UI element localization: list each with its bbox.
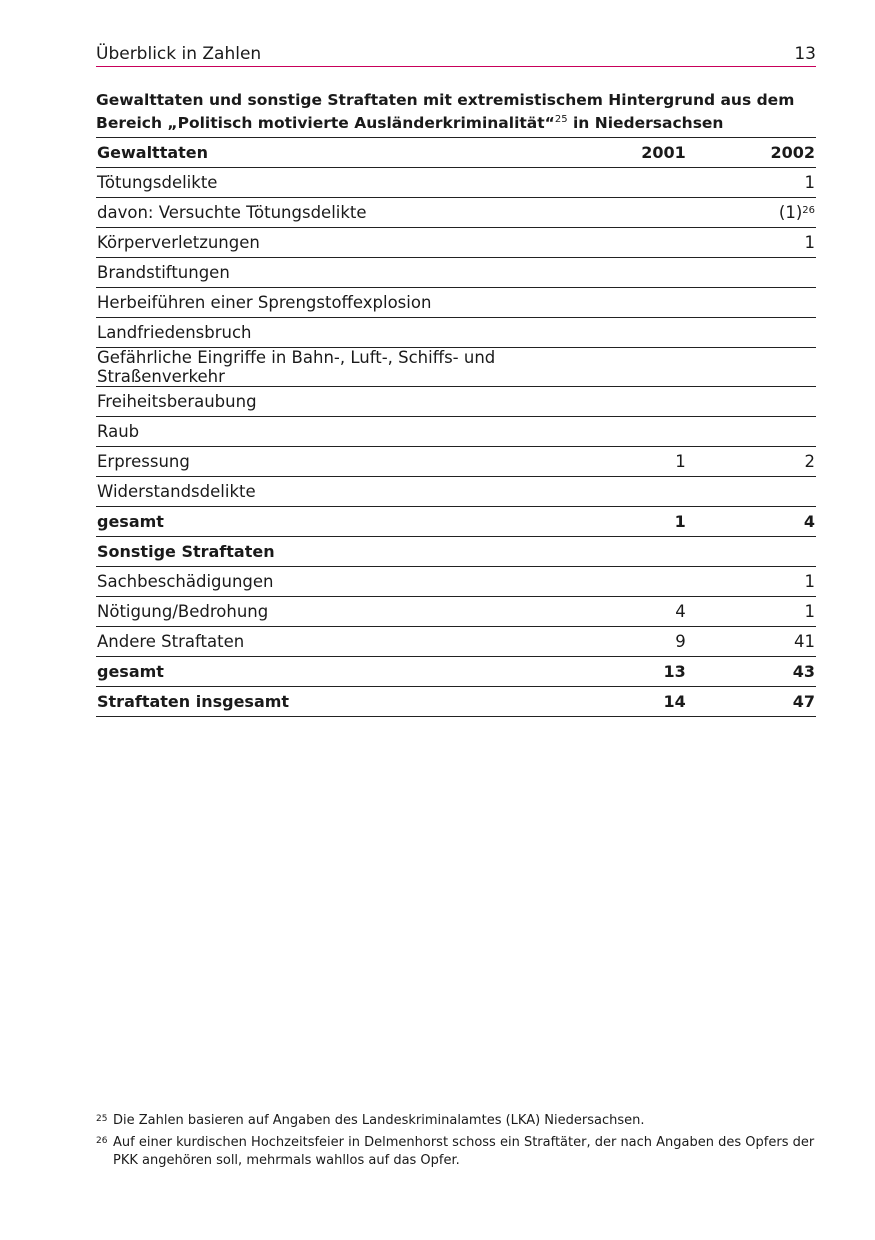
row-label: Landfriedensbruch bbox=[96, 318, 625, 348]
table-row: Tötungsdelikte1 bbox=[96, 168, 816, 198]
row-label: Raub bbox=[96, 417, 625, 447]
value-2002 bbox=[687, 477, 816, 507]
table-row: Herbeiführen einer Sprengstoffexplosion bbox=[96, 288, 816, 318]
table-row: Straftaten insgesamt1447 bbox=[96, 687, 816, 717]
table-row: gesamt14 bbox=[96, 507, 816, 537]
row-label: gesamt bbox=[96, 657, 625, 687]
header-category: Gewalttaten bbox=[96, 138, 625, 168]
running-title: Überblick in Zahlen bbox=[96, 44, 261, 64]
row-label: Freiheitsberaubung bbox=[96, 387, 625, 417]
table-row: Andere Straftaten941 bbox=[96, 627, 816, 657]
row-label: Gefährliche Eingriffe in Bahn-, Luft-, S… bbox=[96, 348, 625, 387]
value-2002 bbox=[687, 288, 816, 318]
value-2001 bbox=[625, 288, 687, 318]
row-label: davon: Versuchte Tötungsdelikte bbox=[96, 198, 625, 228]
statistics-table: Gewalttaten 2001 2002 Tötungsdelikte1dav… bbox=[96, 137, 816, 717]
value-2001 bbox=[625, 387, 687, 417]
value-2002: 43 bbox=[687, 657, 816, 687]
value-2001 bbox=[625, 258, 687, 288]
table-body: Tötungsdelikte1davon: Versuchte Tötungsd… bbox=[96, 168, 816, 717]
value-2001: 13 bbox=[625, 657, 687, 687]
value-2001 bbox=[625, 228, 687, 258]
value-2002 bbox=[687, 417, 816, 447]
row-label: Straftaten insgesamt bbox=[96, 687, 625, 717]
footnote: 25Die Zahlen basieren auf Angaben des La… bbox=[96, 1112, 816, 1130]
footnote: 26Auf einer kurdischen Hochzeitsfeier in… bbox=[96, 1134, 816, 1170]
row-label: Tötungsdelikte bbox=[96, 168, 625, 198]
value-2002 bbox=[687, 387, 816, 417]
table-row: Widerstandsdelikte bbox=[96, 477, 816, 507]
table-row: Gefährliche Eingriffe in Bahn-, Luft-, S… bbox=[96, 348, 816, 387]
value-2001 bbox=[625, 537, 687, 567]
footnote-ref: 25 bbox=[555, 114, 568, 125]
table-caption: Gewalttaten und sonstige Straftaten mit … bbox=[96, 89, 816, 135]
caption-text-end: in Niedersachsen bbox=[568, 114, 724, 132]
value-2002 bbox=[687, 318, 816, 348]
table-row: Freiheitsberaubung bbox=[96, 387, 816, 417]
table-row: Brandstiftungen bbox=[96, 258, 816, 288]
row-label: Körperverletzungen bbox=[96, 228, 625, 258]
value-2001: 14 bbox=[625, 687, 687, 717]
table-row: Nötigung/Bedrohung41 bbox=[96, 597, 816, 627]
value-2002: 1 bbox=[687, 168, 816, 198]
value-2001 bbox=[625, 477, 687, 507]
row-label: gesamt bbox=[96, 507, 625, 537]
value-2002 bbox=[687, 537, 816, 567]
table-row: Erpressung12 bbox=[96, 447, 816, 477]
footnote-text: Die Zahlen basieren auf Angaben des Land… bbox=[113, 1112, 645, 1130]
footnote-ref: 26 bbox=[802, 205, 815, 216]
table-header-row: Gewalttaten 2001 2002 bbox=[96, 138, 816, 168]
footnote-mark: 25 bbox=[96, 1112, 113, 1130]
value-2001 bbox=[625, 567, 687, 597]
row-label: Brandstiftungen bbox=[96, 258, 625, 288]
value-2002: 1 bbox=[687, 567, 816, 597]
page-header: Überblick in Zahlen 13 bbox=[96, 42, 816, 67]
value-2001 bbox=[625, 198, 687, 228]
value-2001: 1 bbox=[625, 507, 687, 537]
value-2002 bbox=[687, 258, 816, 288]
header-2001: 2001 bbox=[625, 138, 687, 168]
value-2002: 2 bbox=[687, 447, 816, 477]
table-row: Sonstige Straftaten bbox=[96, 537, 816, 567]
header-2002: 2002 bbox=[687, 138, 816, 168]
row-label: Sachbeschädigungen bbox=[96, 567, 625, 597]
row-label: Nötigung/Bedrohung bbox=[96, 597, 625, 627]
value-2001: 1 bbox=[625, 447, 687, 477]
row-label: Herbeiführen einer Sprengstoffexplosion bbox=[96, 288, 625, 318]
value-2002: 1 bbox=[687, 228, 816, 258]
page-number: 13 bbox=[794, 44, 816, 64]
value-2002: 41 bbox=[687, 627, 816, 657]
value-2001 bbox=[625, 348, 687, 387]
value-2002 bbox=[687, 348, 816, 387]
value-2001 bbox=[625, 168, 687, 198]
value-2001 bbox=[625, 417, 687, 447]
row-label: Sonstige Straftaten bbox=[96, 537, 625, 567]
value-2002: 4 bbox=[687, 507, 816, 537]
value-2002: 47 bbox=[687, 687, 816, 717]
value-2001 bbox=[625, 318, 687, 348]
footnotes: 25Die Zahlen basieren auf Angaben des La… bbox=[96, 1112, 816, 1174]
table-row: Raub bbox=[96, 417, 816, 447]
value-2001: 4 bbox=[625, 597, 687, 627]
row-label: Widerstandsdelikte bbox=[96, 477, 625, 507]
table-row: Körperverletzungen1 bbox=[96, 228, 816, 258]
row-label: Erpressung bbox=[96, 447, 625, 477]
value-2002: 1 bbox=[687, 597, 816, 627]
footnote-text: Auf einer kurdischen Hochzeitsfeier in D… bbox=[113, 1134, 816, 1170]
table-row: gesamt1343 bbox=[96, 657, 816, 687]
table-row: Sachbeschädigungen1 bbox=[96, 567, 816, 597]
value-2001: 9 bbox=[625, 627, 687, 657]
table-row: Landfriedensbruch bbox=[96, 318, 816, 348]
row-label: Andere Straftaten bbox=[96, 627, 625, 657]
value-2002: (1)26 bbox=[687, 198, 816, 228]
footnote-mark: 26 bbox=[96, 1134, 113, 1170]
table-row: davon: Versuchte Tötungsdelikte(1)26 bbox=[96, 198, 816, 228]
